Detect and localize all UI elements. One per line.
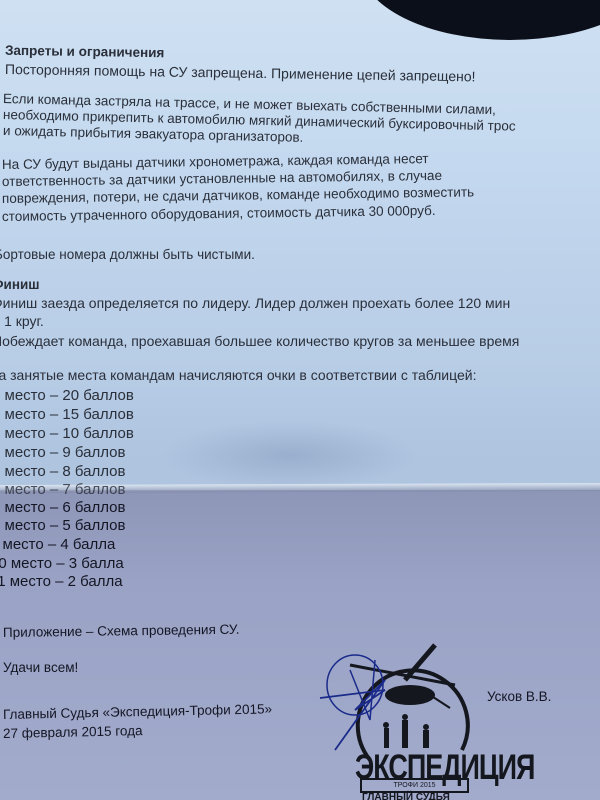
hand-shadow [160, 420, 420, 490]
points-row: 4 место – 9 баллов [0, 445, 125, 460]
finish-line-2: + 1 круг. [0, 314, 44, 328]
points-row: 8 место – 5 баллов [0, 518, 125, 533]
finish-line-3: Побеждает команда, проехавшая большее ко… [0, 334, 519, 348]
good-luck-line: Удачи всем! [3, 661, 78, 675]
finish-line-1: Финиш заезда определяется по лидеру. Лид… [0, 296, 510, 310]
handwritten-signature-icon [315, 650, 435, 760]
numbers-line: Бортовые номера должны быть чистыми. [0, 248, 255, 262]
points-row: 11 место – 2 балла [0, 574, 123, 589]
points-intro: За занятые места командам начисляются оч… [0, 368, 477, 382]
sensors-line-4: стоимость утраченного оборудования, стои… [2, 204, 436, 224]
heading-restrictions: Запреты и ограничения [5, 44, 165, 60]
signer-name: Усков В.В. [487, 690, 551, 704]
stamp-role: ГЛАВНЫЙ СУДЬЯ [362, 792, 450, 800]
points-row: 10 место – 3 балла [0, 556, 124, 571]
points-row: 5 место – 8 баллов [0, 464, 125, 479]
points-row: 6 место – 7 баллов [0, 482, 125, 497]
points-row: 7 место – 6 баллов [0, 500, 125, 515]
dark-background-corner [360, 0, 600, 40]
points-row: 1 место – 20 баллов [0, 388, 134, 403]
points-row: 3 место – 10 баллов [0, 426, 134, 441]
heading-finish: Финиш [0, 278, 40, 292]
signature-date: 27 февраля 2015 года [3, 724, 143, 740]
stamp-subtitle: ТРОФИ 2015 [360, 778, 469, 793]
document-photo: Запреты и ограничения Посторонняя помощь… [0, 0, 600, 800]
points-row: 2 место – 15 баллов [0, 407, 134, 422]
points-row: 9 место – 4 балла [0, 537, 115, 552]
appendix-line: Приложение – Схема проведения СУ. [3, 623, 240, 640]
restrictions-line: Посторонняя помощь на СУ запрещена. Прим… [5, 62, 476, 83]
